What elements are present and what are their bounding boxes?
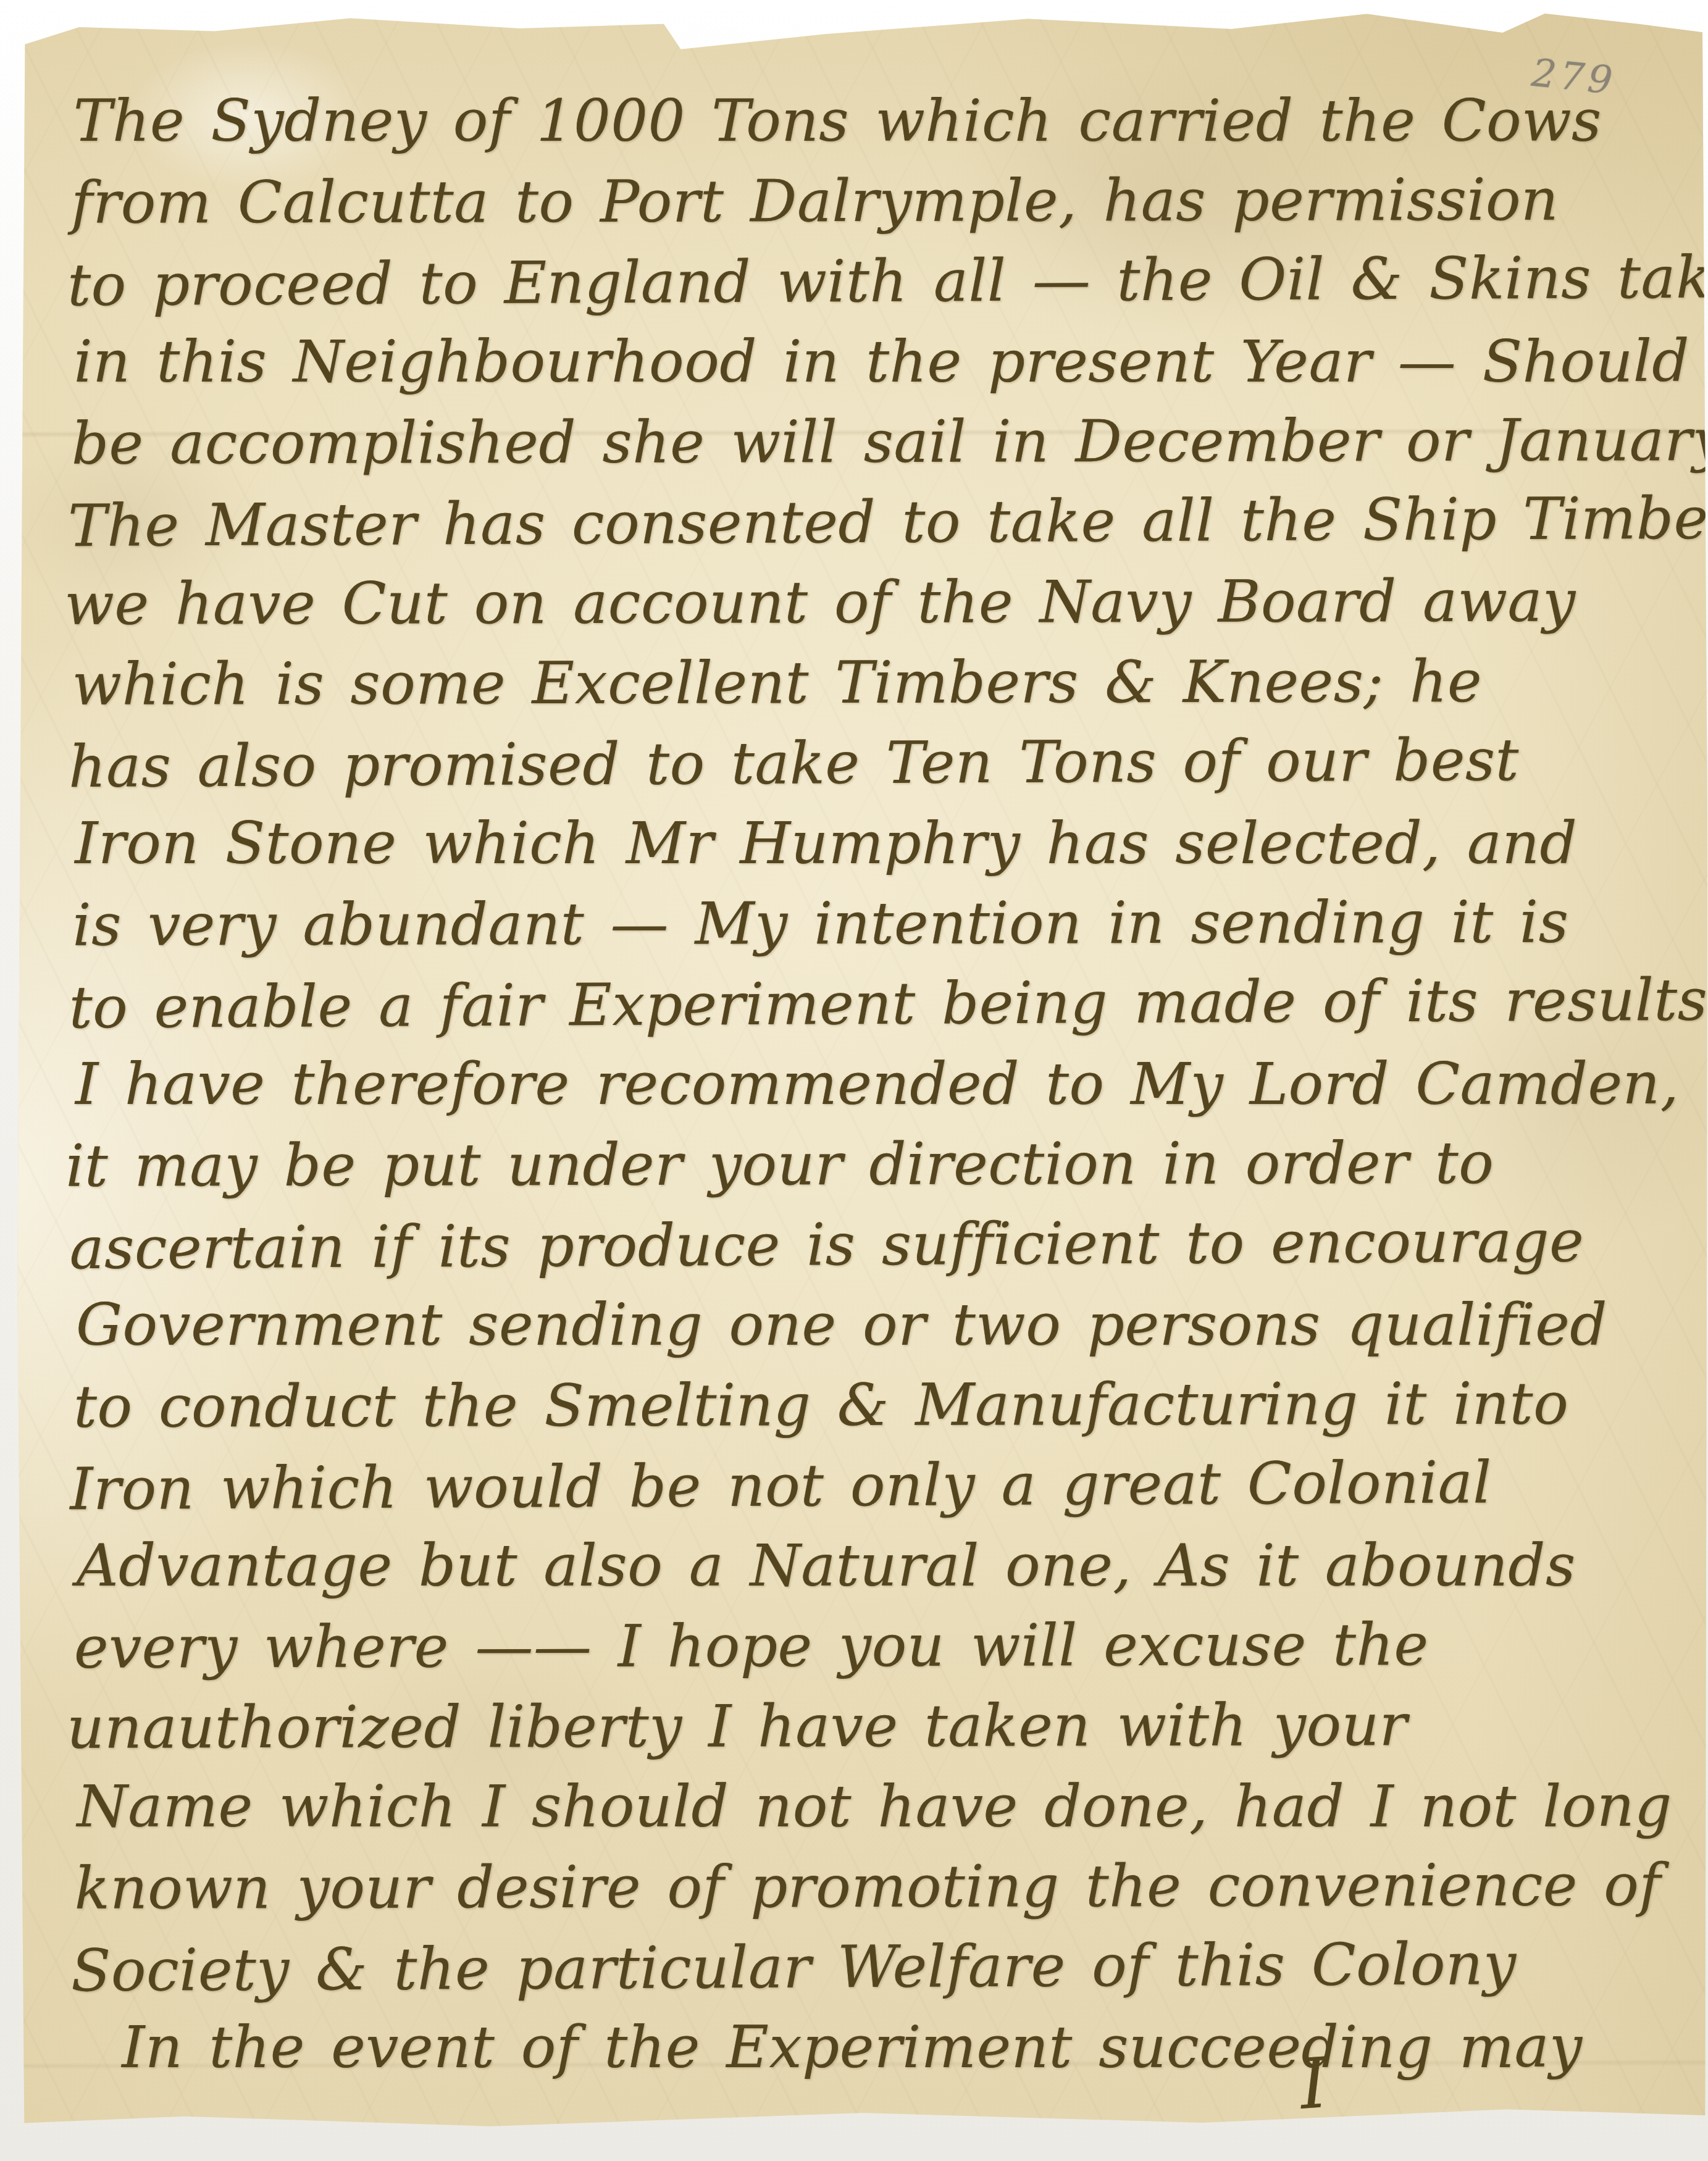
- letter-line: The Sydney of 1000 Tons which carried th…: [73, 81, 1704, 162]
- letter-line: Advantage but also a Natural one, As it …: [77, 1526, 1707, 1607]
- letter-line: be accomplished she will sail in Decembe…: [72, 401, 1702, 485]
- letter-body: The Sydney of 1000 Tons which carried th…: [71, 80, 1706, 2090]
- letter-line: it may be put under your direction in or…: [65, 1123, 1696, 1207]
- letter-page: 279 The Sydney of 1000 Tons which carrie…: [11, 7, 1708, 2130]
- letter-line: has also promised to take Ten Tons of ou…: [69, 720, 1699, 808]
- letter-line: The Master has consented to take all the…: [68, 479, 1699, 567]
- letter-line: Government sending one or two persons qu…: [76, 1285, 1706, 1366]
- letter-line: in this Neighbourhood in the present Yea…: [74, 322, 1704, 403]
- letter-scan: 279 The Sydney of 1000 Tons which carrie…: [0, 0, 1708, 2161]
- letter-line: Iron which would be not only a great Col…: [70, 1442, 1701, 1530]
- letter-line: which is some Excellent Timbers & Knees;…: [72, 642, 1702, 725]
- letter-line: every where —— I hope you will excuse th…: [74, 1605, 1704, 1689]
- letter-line: known your desire of promoting the conve…: [75, 1845, 1705, 1929]
- letter-line: to conduct the Smelting & Manufacturing …: [73, 1364, 1704, 1448]
- letter-line: Iron Stone which Mr Humphry has selected…: [75, 803, 1705, 884]
- letter-line: unauthorized liberty I have taken with y…: [67, 1685, 1697, 1769]
- letter-line: we have Cut on account of the Navy Board…: [64, 561, 1694, 645]
- letter-line: In the event of the Experiment succeedin…: [122, 2007, 1707, 2088]
- letter-line: Society & the particular Welfare of this…: [71, 1924, 1702, 2012]
- catchword: I: [1297, 2043, 1330, 2125]
- letter-line: ascertain if its produce is sufficient t…: [69, 1202, 1700, 1289]
- letter-line: Name which I should not have done, had I…: [77, 1766, 1707, 1847]
- letter-line: from Calcutta to Port Dalrymple, has per…: [71, 160, 1701, 244]
- letter-line: to proceed to England with all — the Oil…: [67, 238, 1698, 326]
- letter-line: I have therefore recommended to My Lord …: [75, 1044, 1706, 1125]
- letter-line: is very abundant — My intention in sendi…: [72, 882, 1702, 966]
- letter-line: to enable a fair Experiment being made o…: [69, 961, 1699, 1048]
